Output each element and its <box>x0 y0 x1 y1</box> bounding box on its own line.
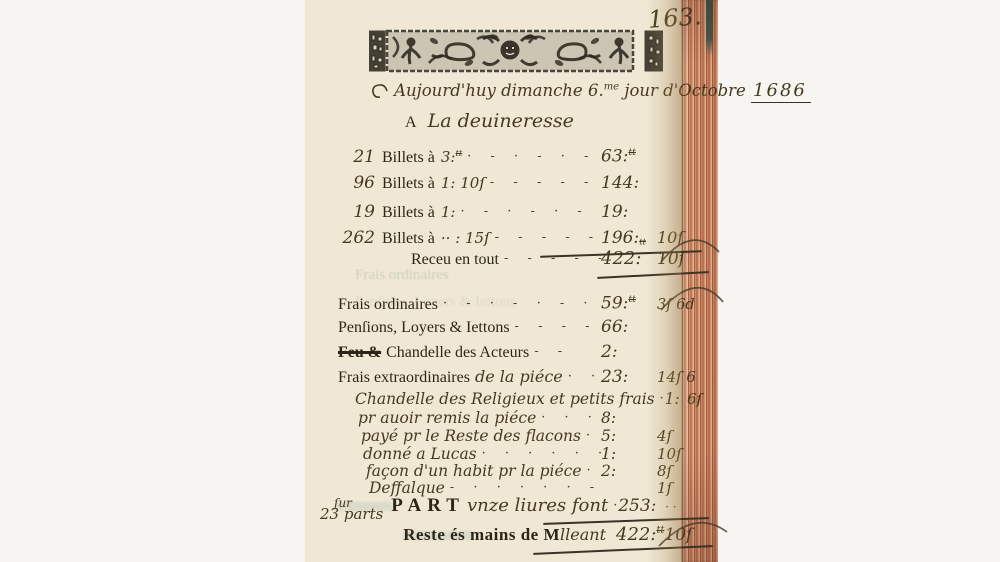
expense-label: Chandelle des Acteurs <box>386 343 529 363</box>
amount-livres: 144: <box>601 173 657 193</box>
livre-mark: tt <box>628 294 636 305</box>
ticket-quantity: 21 <box>335 147 382 167</box>
play-title: La deuineresse <box>428 110 574 132</box>
dot-leader: - - - - - - <box>499 249 601 269</box>
expense-label-hand: de la piéce <box>475 367 563 387</box>
part-hand-text: vnze liures font <box>467 496 608 516</box>
reste-row: Reste és mains de M lleant 422:tt 10ſ <box>335 521 707 545</box>
amount-livres: 1: <box>665 389 687 409</box>
dot-leader: · · · · · <box>536 408 595 428</box>
reste-label: Reste és mains de M <box>403 525 560 545</box>
parts-count: 23 parts <box>320 509 383 520</box>
headpiece-woodcut-ornament <box>369 29 663 73</box>
date-year: 1686 <box>751 80 811 103</box>
date-text-2: jour d'Octobre <box>619 81 746 100</box>
play-title-line: A La deuineresse <box>405 110 574 132</box>
expense-row: Feu & Chandelle des Acteurs - - - - - 2: <box>335 342 707 364</box>
expense-row: Penſions, Loyers & Iettons - - - - - - 6… <box>335 317 707 339</box>
dot-leader: - - - - - <box>529 342 575 362</box>
ink-flourish <box>657 222 727 337</box>
dot-leader: - - - - - - <box>510 317 601 337</box>
amount-sols: 14ſ 6 <box>657 367 707 387</box>
expense-label: Penſions, Loyers & Iettons <box>335 318 510 338</box>
dot-leader: · - · - · - · - · - · - <box>438 294 601 314</box>
livre-mark: tt <box>456 148 463 158</box>
ledger-page: 163. <box>305 0 681 562</box>
amount-sols: 4ſ <box>657 426 707 446</box>
ticket-quantity: 96 <box>335 173 382 193</box>
play-prefix: A <box>405 114 417 131</box>
ticket-label: Billets à <box>382 174 435 194</box>
dot-leader: · <box>655 389 665 409</box>
expense-label-hand: payé pr le Reste des flacons <box>335 426 581 446</box>
amount-livres: 5: <box>601 426 657 446</box>
receipt-row: 19 Billets à 1: · - · - · - · - · - 19: <box>335 202 707 224</box>
expense-row: Frais ordinaires · - · - · - · - · - · -… <box>335 290 707 316</box>
receipts-total-row: Receu en tout - - - - - - 422: 10ſ <box>335 249 707 271</box>
date-ordinal-sup: me <box>604 82 619 93</box>
reste-holder-name: lleant <box>560 525 606 545</box>
expense-label: Frais ordinaires <box>335 295 438 315</box>
amount-livres: 196: <box>601 228 639 248</box>
amount-livres: 63: <box>601 147 628 167</box>
part-label: PART <box>391 496 465 516</box>
ticket-price: ·· : 15ſ <box>441 228 490 248</box>
amount-sols: 1ſ <box>657 478 707 498</box>
receipt-row: 96 Billets à 1: 10ſ - - - - - - - - - 14… <box>335 173 707 195</box>
struck-text: Feu & <box>335 343 381 363</box>
expense-row: Frais extraordinaires de la piéce · · · … <box>335 367 707 389</box>
date-text: Aujourd'huy dimanche 6. <box>394 81 604 100</box>
ticket-price: 1: <box>441 202 456 222</box>
livre-mark: tt <box>628 147 636 158</box>
amount-livres: 23: <box>601 367 657 387</box>
amount-livres: 19: <box>601 202 657 222</box>
amount-livres: 8: <box>595 408 657 428</box>
calligraphic-flourish <box>371 83 389 99</box>
amount-livres: 66: <box>601 317 657 337</box>
ticket-quantity: 19 <box>335 202 382 222</box>
ticket-price: 1: 10ſ <box>441 173 485 193</box>
parts-annotation: ſur 23 parts <box>320 498 383 520</box>
ticket-label: Billets à <box>382 203 435 223</box>
ticket-label: Billets à <box>382 148 435 168</box>
ticket-price: 3: <box>441 148 456 166</box>
dot-leader: · · · · <box>581 426 601 446</box>
amount-sols: 6ſ <box>687 389 707 409</box>
dot-leader: · · <box>608 496 618 516</box>
dot-leader: · - · - · - · - · - <box>456 202 602 222</box>
ticket-quantity: 262 <box>335 228 382 248</box>
dot-leader: - - - - - - - - <box>490 228 601 248</box>
receipt-row: 21 Billets à 3:tt · - · - · - · - · - · … <box>335 143 707 169</box>
dot-leader: · · · <box>563 367 601 387</box>
total-livres: 422: <box>601 249 657 269</box>
ticket-label: Billets à <box>382 229 435 249</box>
amount-livres: 2: <box>575 342 657 362</box>
dot-leader: · - · - · - · - · - · - <box>462 147 601 167</box>
total-label: Receu en tout <box>411 250 499 270</box>
ink-flourish <box>655 512 730 557</box>
date-line: Aujourd'huy dimanche 6.me jour d'Octobre… <box>371 80 811 101</box>
book-cover-edge <box>706 0 713 56</box>
dot-leader: - - - - - - - - - <box>485 173 601 193</box>
expense-label-hand: Chandelle des Religieux et petits frais <box>335 389 655 409</box>
reste-livres: 422: <box>616 524 656 545</box>
livre-mark: tt <box>639 237 646 247</box>
expense-label-hand: pr auoir remis la piéce <box>335 408 536 428</box>
expense-label: Frais extraordinaires <box>335 368 470 388</box>
amount-livres: 59: <box>601 294 628 314</box>
